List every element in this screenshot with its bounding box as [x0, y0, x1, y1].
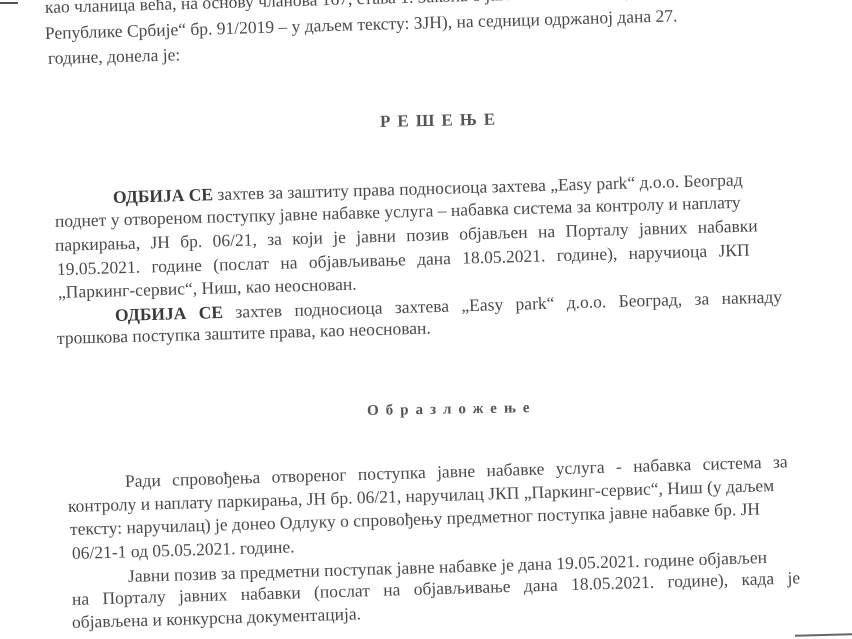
- reasoning-p1-line-4: 06/21-1 од 05.05.2021. године.: [72, 535, 295, 564]
- decision-p2-lead: ОДБИЈА СЕ: [115, 302, 224, 325]
- decision-p2-line-2: трошкова поступка заштите права, као нео…: [57, 317, 431, 349]
- intro-line-3: године, донела је:: [48, 43, 181, 69]
- decision-title: РЕШЕЊЕ: [380, 108, 503, 133]
- scanned-document-page: као чланица већа, на основу чланова 167,…: [0, 0, 852, 639]
- reasoning-title: Образложење: [367, 397, 537, 422]
- decision-p1-lead: ОДБИЈА СЕ: [113, 184, 214, 207]
- edge-mark: [0, 2, 18, 4]
- bottom-rule: [795, 633, 852, 636]
